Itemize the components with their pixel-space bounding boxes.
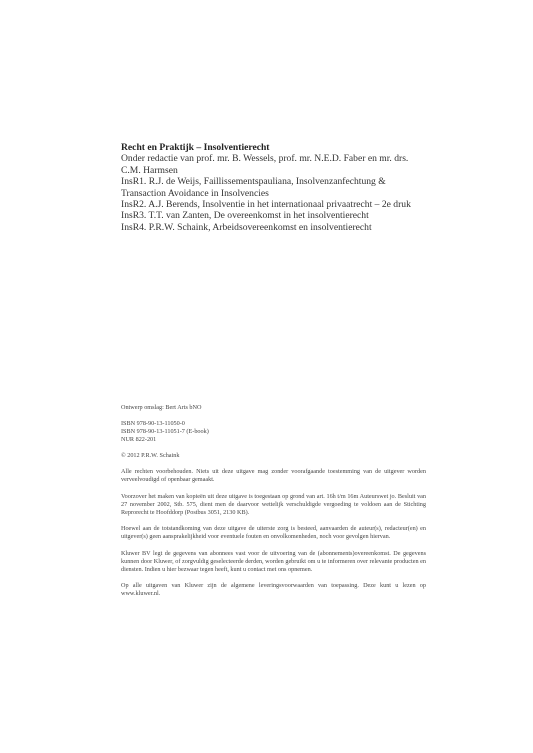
isbn-block: ISBN 978-90-13-11050-0 ISBN 978-90-13-11…: [121, 420, 426, 444]
series-volume: InsR3. T.T. van Zanten, De overeenkomst …: [121, 210, 426, 221]
nur-code: NUR 822-201: [121, 436, 426, 444]
cover-design-credit: Ontwerp omslag: Bert Arts bNO: [121, 404, 426, 412]
liability-paragraph: Hoewel aan de totstandkoming van deze ui…: [121, 525, 426, 541]
series-volume: InsR2. A.J. Berends, Insolventie in het …: [121, 199, 426, 210]
series-title: Recht en Praktijk – Insolventierecht: [121, 142, 426, 153]
series-info: Recht en Praktijk – Insolventierecht Ond…: [121, 142, 426, 233]
copyright-block: © 2012 P.R.W. Schaink: [121, 452, 426, 460]
cover-design-text: Ontwerp omslag: Bert Arts bNO: [121, 404, 426, 412]
series-editors: Onder redactie van prof. mr. B. Wessels,…: [121, 153, 426, 176]
series-volume: InsR4. P.R.W. Schaink, Arbeidsovereenkom…: [121, 222, 426, 233]
terms-paragraph: Op alle uitgaven van Kluwer zijn de alge…: [121, 582, 426, 598]
rights-reserved-paragraph: Alle rechten voorbehouden. Niets uit dez…: [121, 468, 426, 484]
copyright-text: © 2012 P.R.W. Schaink: [121, 452, 426, 460]
colophon: Ontwerp omslag: Bert Arts bNO ISBN 978-9…: [121, 404, 426, 607]
isbn-ebook: ISBN 978-90-13-11051-7 (E-book): [121, 428, 426, 436]
isbn-print: ISBN 978-90-13-11050-0: [121, 420, 426, 428]
series-volume: InsR1. R.J. de Weijs, Faillissementspaul…: [121, 176, 426, 199]
reprography-paragraph: Voorzover het maken van kopieën uit deze…: [121, 493, 426, 517]
book-page: Recht en Praktijk – Insolventierecht Ond…: [0, 0, 533, 753]
privacy-paragraph: Kluwer BV legt de gegevens van abonnees …: [121, 550, 426, 574]
